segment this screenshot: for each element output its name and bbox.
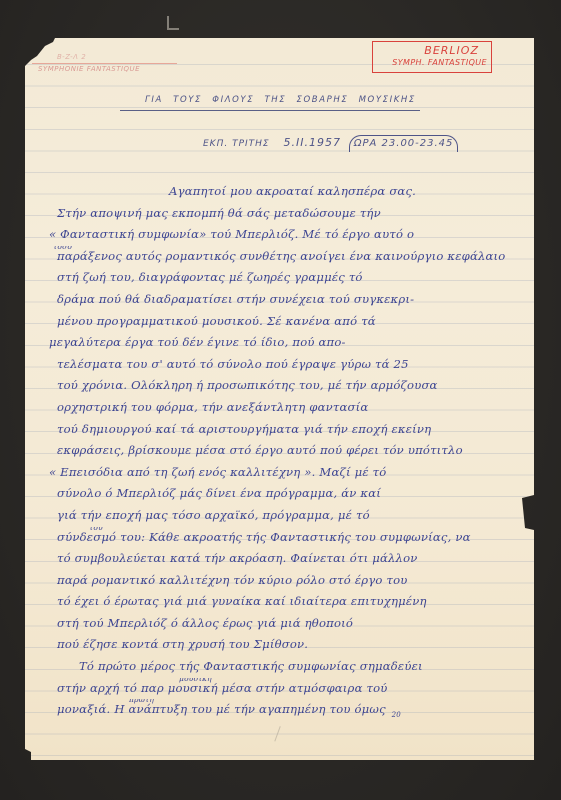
archive-label-line2: SYMPHONIE FANTASTIQUE bbox=[32, 64, 172, 75]
body-line: μεγαλύτερα έργα τού δέν έγινε τό ίδιο, π… bbox=[49, 332, 527, 354]
body-line: σύνολο ό Μπερλιόζ μάς δίνει ένα πρόγραμμ… bbox=[49, 483, 527, 505]
body-line: δράμα πού θά διαδραματίσει στήν συνέχεια… bbox=[49, 289, 527, 311]
body-line: τού δημιουργού καί τά αριστουργήματα γιά… bbox=[49, 419, 527, 441]
body-line: Στήν αποψινή μας εκπομπή θά σάς μεταδώσο… bbox=[49, 203, 527, 225]
body-line: στή ζωή του, διαγράφοντας μέ ζωηρές γραμ… bbox=[49, 267, 527, 289]
body-line: ορχηστρική του φόρμα, τήν ανεξάντλητη φα… bbox=[49, 397, 527, 419]
body-line-with-insertion: του σύνδεσμό του: Κάθε ακροατής τής Φαντ… bbox=[49, 527, 527, 549]
body-line-with-insertion: τόσο παράξενος αυτός ρομαντικός συνθέτης… bbox=[49, 246, 527, 268]
mount-corner-mark bbox=[167, 16, 179, 30]
body-line: τού χρόνια. Ολόκληρη ή προσωπικότης του,… bbox=[49, 375, 527, 397]
insertion-note: τόσο bbox=[53, 246, 72, 258]
body-line: τελέσματα του σ' αυτό τό σύνολο πού έγρα… bbox=[49, 354, 527, 376]
page-number: 20 bbox=[392, 711, 401, 719]
body-line: στή τού Μπερλιόζ ό άλλος έρως γιά μιά ηθ… bbox=[49, 613, 527, 635]
body-line: τό έχει ό έρωτας γιά μιά γυναίκα καί ιδι… bbox=[49, 591, 527, 613]
body-line: εκφράσεις, βρίσκουμε μέσα στό έργο αυτό … bbox=[49, 440, 527, 462]
body-line: παρά ρομαντικό καλλιτέχνη τόν κύριο ρόλο… bbox=[49, 570, 527, 592]
body-line-with-insertion: μουσική στήν αρχή τό παρ μουσική μέσα στ… bbox=[49, 678, 527, 700]
body-line: μένου προγραμματικού μουσικού. Σέ κανένα… bbox=[49, 311, 527, 333]
broadcast-day: ΕΚΠ. ΤΡΙΤΗΣ bbox=[203, 139, 270, 149]
manuscript-page: B-Z-Λ 2 SYMPHONIE FANTASTIQUE BERLIOZ SY… bbox=[25, 38, 534, 760]
body-line-text: στήν αρχή τό παρ μουσική μέσα στήν ατμόσ… bbox=[57, 681, 388, 695]
manuscript-body: Αγαπητοί μου ακροαταί καλησπέρα σας. Στή… bbox=[49, 181, 527, 721]
stamp-subtitle: SYMPH. FANTASTIQUE bbox=[373, 57, 487, 68]
body-line-text: σύνδεσμό του: Κάθε ακροατής τής Φανταστι… bbox=[57, 530, 471, 544]
insertion-note: πρώτη bbox=[129, 699, 154, 711]
insertion-note: μουσική bbox=[179, 678, 212, 690]
body-line: « Φανταστική συμφωνία» τού Μπερλιόζ. Μέ … bbox=[49, 224, 527, 246]
broadcast-dateline: ΕΚΠ. ΤΡΙΤΗΣ 5.ΙΙ.1957 ΩΡΑ 23.00-23.45 bbox=[203, 135, 458, 152]
broadcast-date: 5.ΙΙ.1957 bbox=[283, 136, 340, 149]
archive-stamp: BERLIOZ SYMPH. FANTASTIQUE bbox=[372, 41, 492, 73]
body-line: Τό πρώτο μέρος τής Φανταστικής συμφωνίας… bbox=[49, 656, 527, 678]
body-line-text: παράξενος αυτός ρομαντικός συνθέτης ανοί… bbox=[57, 249, 506, 263]
insertion-note: του bbox=[89, 527, 103, 539]
body-line-text: μοναξιά. Η ανάπτυξη του μέ τήν αγαπημένη… bbox=[57, 702, 386, 716]
archive-label-line1: B-Z-Λ 2 bbox=[32, 52, 177, 64]
body-line: τό συμβουλεύεται κατά τήν ακρόαση. Φαίνε… bbox=[49, 548, 527, 570]
stamp-title: BERLIOZ bbox=[373, 44, 487, 57]
broadcast-time: ΩΡΑ 23.00-23.45 bbox=[349, 135, 459, 152]
body-line: « Επεισόδια από τη ζωή ενός καλλιτέχνη »… bbox=[49, 462, 527, 484]
body-line-with-insertion: πρώτη μοναξιά. Η ανάπτυξη του μέ τήν αγα… bbox=[49, 699, 527, 721]
archive-label: B-Z-Λ 2 SYMPHONIE FANTASTIQUE bbox=[32, 52, 172, 75]
body-line: γιά τήν εποχή μας τόσο αρχαϊκό, πρόγραμμ… bbox=[49, 505, 527, 527]
body-line: πού έζησε κοντά στη χρυσή του Σμίθσον. bbox=[49, 634, 527, 656]
page-heading: ΓΙΑ ΤΟΥΣ ΦΙΛΟΥΣ ΤΗΣ ΣΟΒΑΡΗΣ ΜΟΥΣΙΚΗΣ bbox=[120, 93, 420, 111]
body-line: Αγαπητοί μου ακροαταί καλησπέρα σας. bbox=[49, 181, 527, 203]
